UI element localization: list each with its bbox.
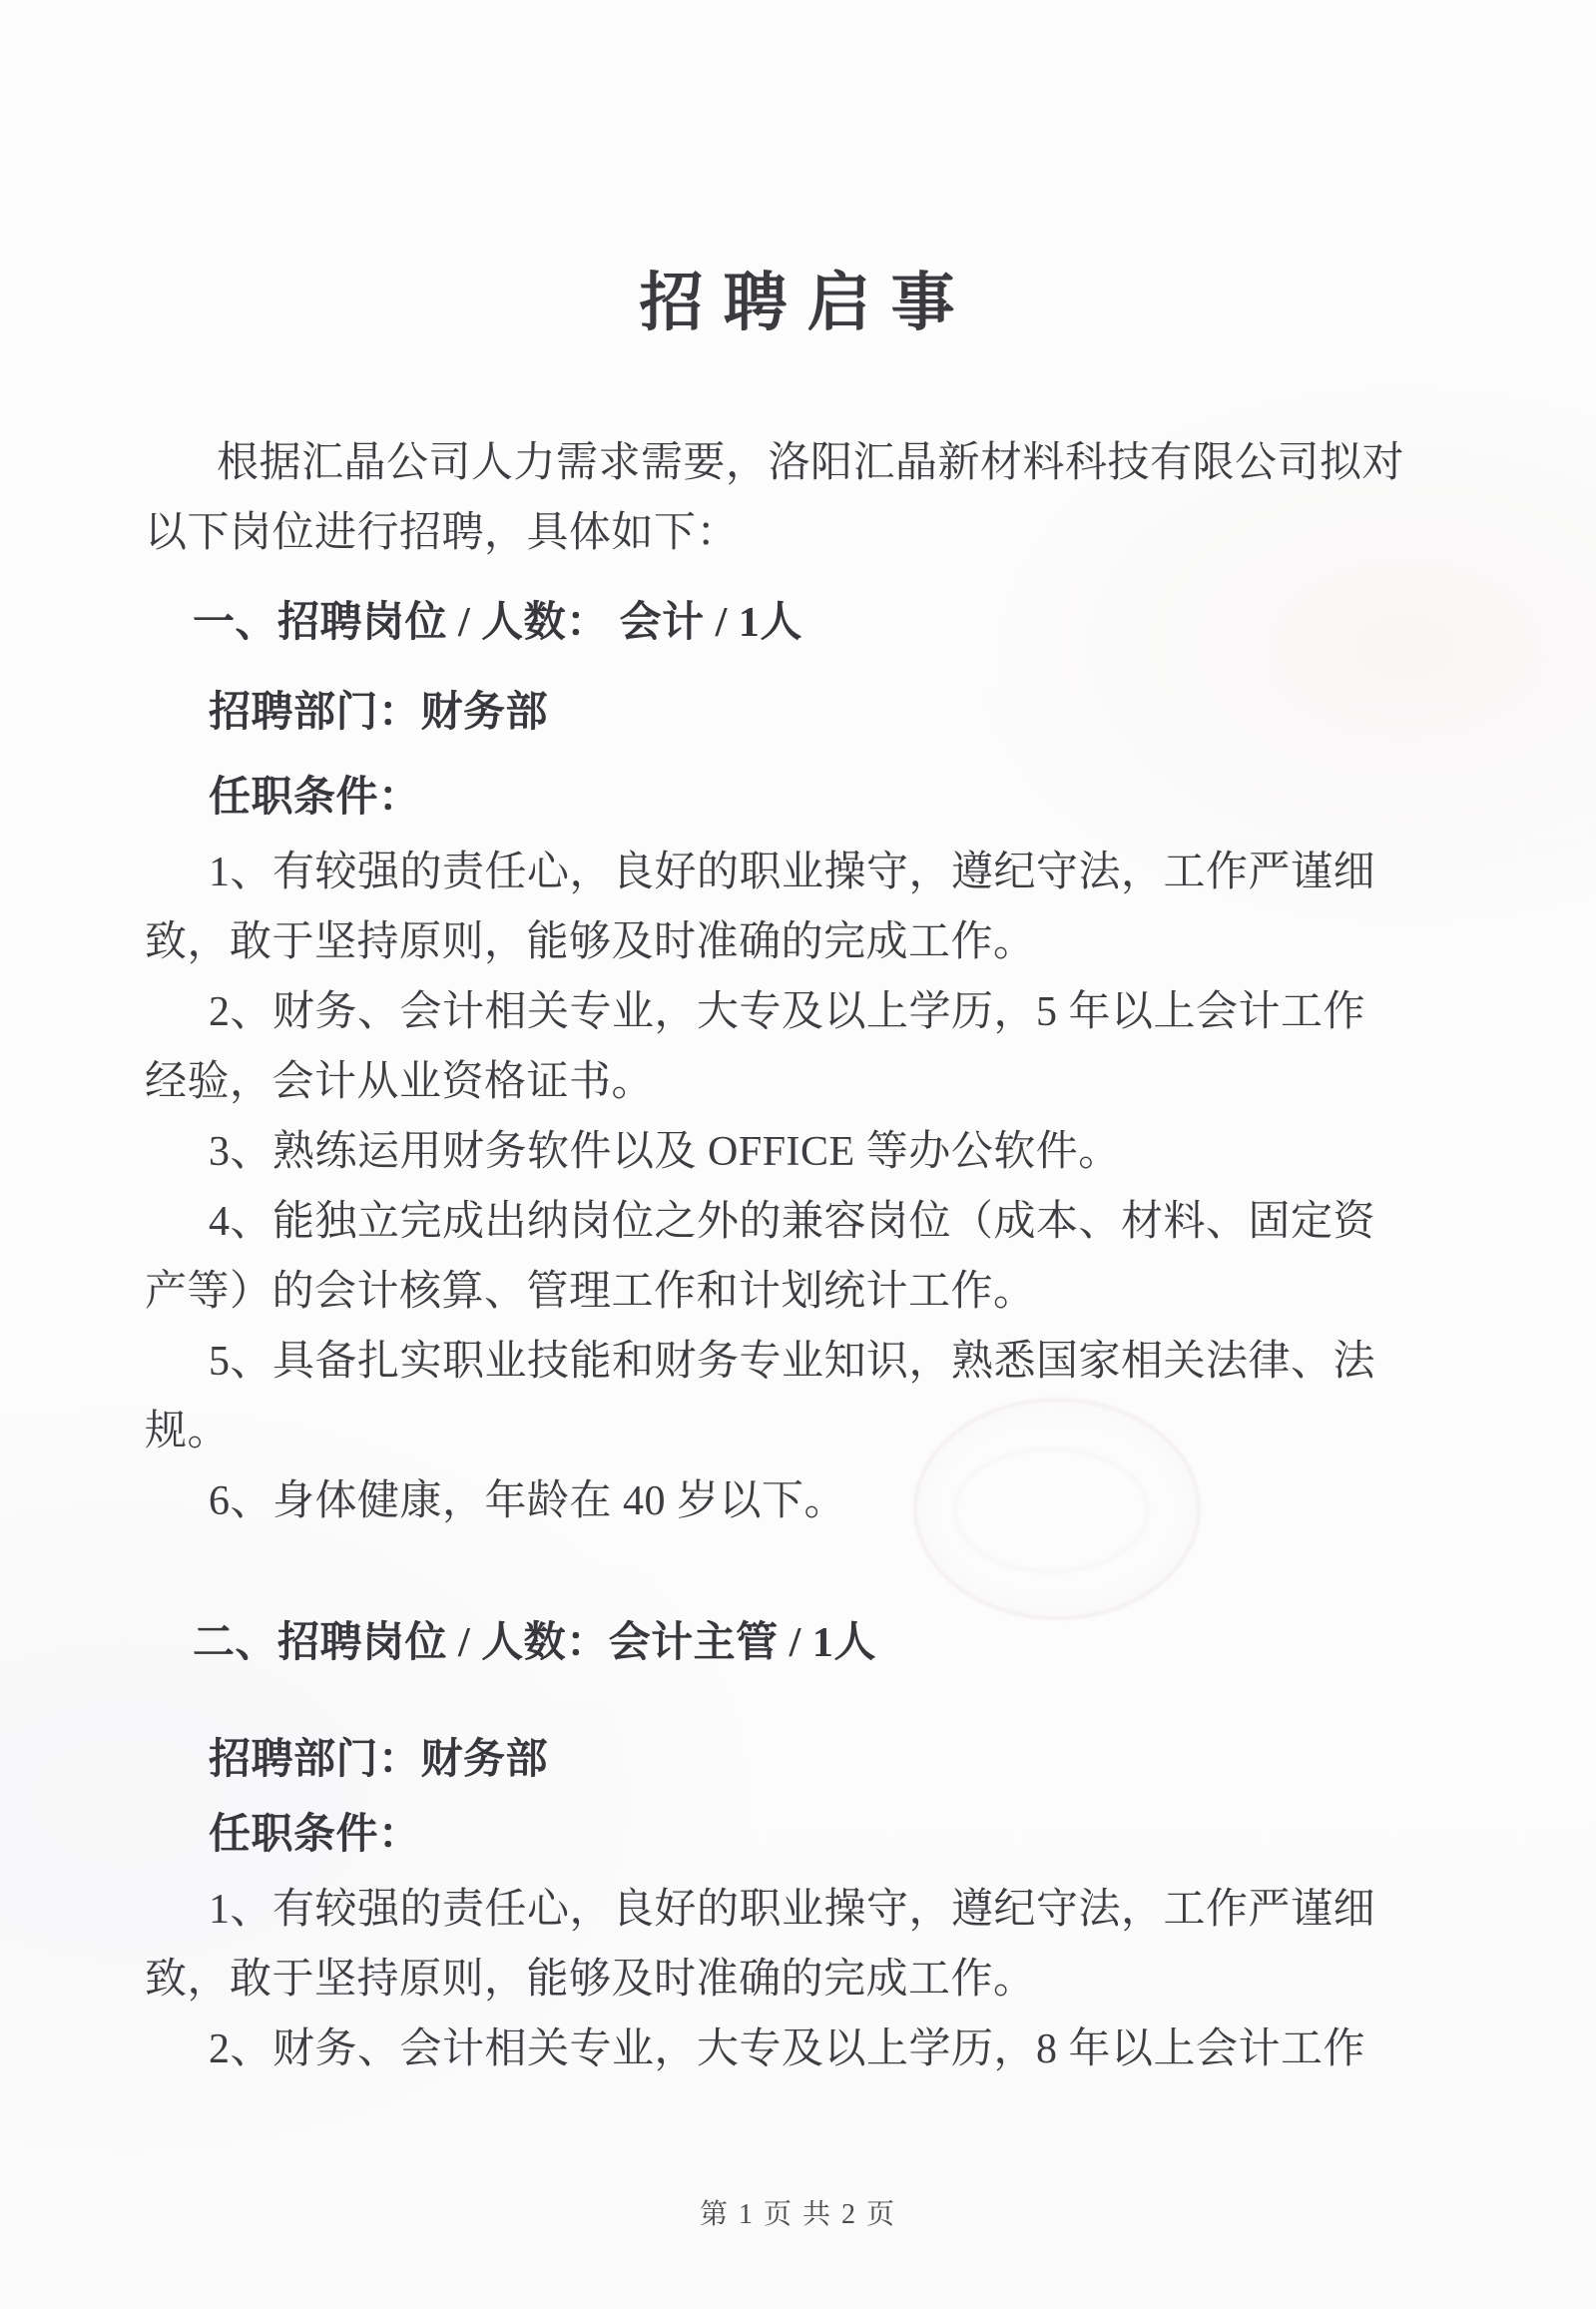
condition-line: 致，敢于坚持原则，能够及时准确的完成工作。: [145, 1945, 1456, 2015]
section-1-conditions-list: 1、有较强的责任心，良好的职业操守，遵纪守法，工作严谨细 致，敢于坚持原则，能够…: [145, 838, 1456, 1536]
condition-item: 2、财务、会计相关专业，大专及以上学历，5 年以上会计工作 经验，会计从业资格证…: [145, 977, 1456, 1117]
intro-paragraph: 根据汇晶公司人力需求需要，洛阳汇晶新材料科技有限公司拟对 以下岗位进行招聘，具体…: [145, 428, 1456, 568]
page-number-footer: 第 1 页 共 2 页: [0, 2192, 1596, 2232]
condition-line: 5、具备扎实职业技能和财务专业知识，熟悉国家相关法律、法: [145, 1327, 1456, 1397]
section-position-2: 二、招聘岗位 / 人数：会计主管 / 1人 招聘部门：财务部 任职条件： 1、有…: [145, 1608, 1456, 2084]
condition-line: 2、财务、会计相关专业，大专及以上学历，8 年以上会计工作: [145, 2015, 1456, 2084]
stamp-bleed-through-inner: [953, 1447, 1149, 1573]
section-2-conditions-list: 1、有较强的责任心，良好的职业操守，遵纪守法，工作严谨细 致，敢于坚持原则，能够…: [145, 1875, 1456, 2084]
section-2-heading: 二、招聘岗位 / 人数：会计主管 / 1人: [145, 1608, 1456, 1678]
condition-line: 3、熟练运用财务软件以及 OFFICE 等办公软件。: [145, 1117, 1456, 1187]
condition-line: 致，敢于坚持原则，能够及时准确的完成工作。: [145, 907, 1456, 977]
section-2-department: 招聘部门：财务部: [145, 1725, 1456, 1795]
scanned-document-page: 招 聘 启 事 根据汇晶公司人力需求需要，洛阳汇晶新材料科技有限公司拟对 以下岗…: [0, 0, 1596, 2309]
intro-line-2: 以下岗位进行招聘，具体如下：: [145, 498, 1456, 568]
condition-item: 1、有较强的责任心，良好的职业操守，遵纪守法，工作严谨细 致，敢于坚持原则，能够…: [145, 1875, 1456, 2015]
condition-line: 6、身体健康，年龄在 40 岁以下。: [145, 1466, 1456, 1536]
section-1-department: 招聘部门：财务部: [145, 678, 1456, 748]
condition-line: 1、有较强的责任心，良好的职业操守，遵纪守法，工作严谨细: [145, 1875, 1456, 1945]
condition-item: 3、熟练运用财务软件以及 OFFICE 等办公软件。: [145, 1117, 1456, 1187]
condition-line: 经验，会计从业资格证书。: [145, 1047, 1456, 1117]
document-body: 根据汇晶公司人力需求需要，洛阳汇晶新材料科技有限公司拟对 以下岗位进行招聘，具体…: [0, 428, 1596, 2084]
document-title: 招 聘 启 事: [0, 0, 1596, 343]
condition-item: 2、财务、会计相关专业，大专及以上学历，8 年以上会计工作: [145, 2015, 1456, 2084]
condition-line: 2、财务、会计相关专业，大专及以上学历，5 年以上会计工作: [145, 977, 1456, 1047]
condition-item: 5、具备扎实职业技能和财务专业知识，熟悉国家相关法律、法 规。: [145, 1327, 1456, 1466]
section-1-conditions-label: 任职条件：: [145, 763, 1456, 833]
section-2-conditions-label: 任职条件：: [145, 1800, 1456, 1870]
intro-line-1: 根据汇晶公司人力需求需要，洛阳汇晶新材料科技有限公司拟对: [145, 428, 1456, 498]
condition-line: 1、有较强的责任心，良好的职业操守，遵纪守法，工作严谨细: [145, 838, 1456, 907]
condition-item: 6、身体健康，年龄在 40 岁以下。: [145, 1466, 1456, 1536]
condition-item: 1、有较强的责任心，良好的职业操守，遵纪守法，工作严谨细 致，敢于坚持原则，能够…: [145, 838, 1456, 977]
condition-line: 4、能独立完成出纳岗位之外的兼容岗位（成本、材料、固定资: [145, 1187, 1456, 1257]
condition-line: 产等）的会计核算、管理工作和计划统计工作。: [145, 1257, 1456, 1327]
section-1-heading: 一、招聘岗位 / 人数： 会计 / 1人: [145, 588, 1456, 658]
section-position-1: 一、招聘岗位 / 人数： 会计 / 1人 招聘部门：财务部 任职条件： 1、有较…: [145, 588, 1456, 1536]
condition-item: 4、能独立完成出纳岗位之外的兼容岗位（成本、材料、固定资 产等）的会计核算、管理…: [145, 1187, 1456, 1327]
condition-line: 规。: [145, 1397, 1456, 1466]
